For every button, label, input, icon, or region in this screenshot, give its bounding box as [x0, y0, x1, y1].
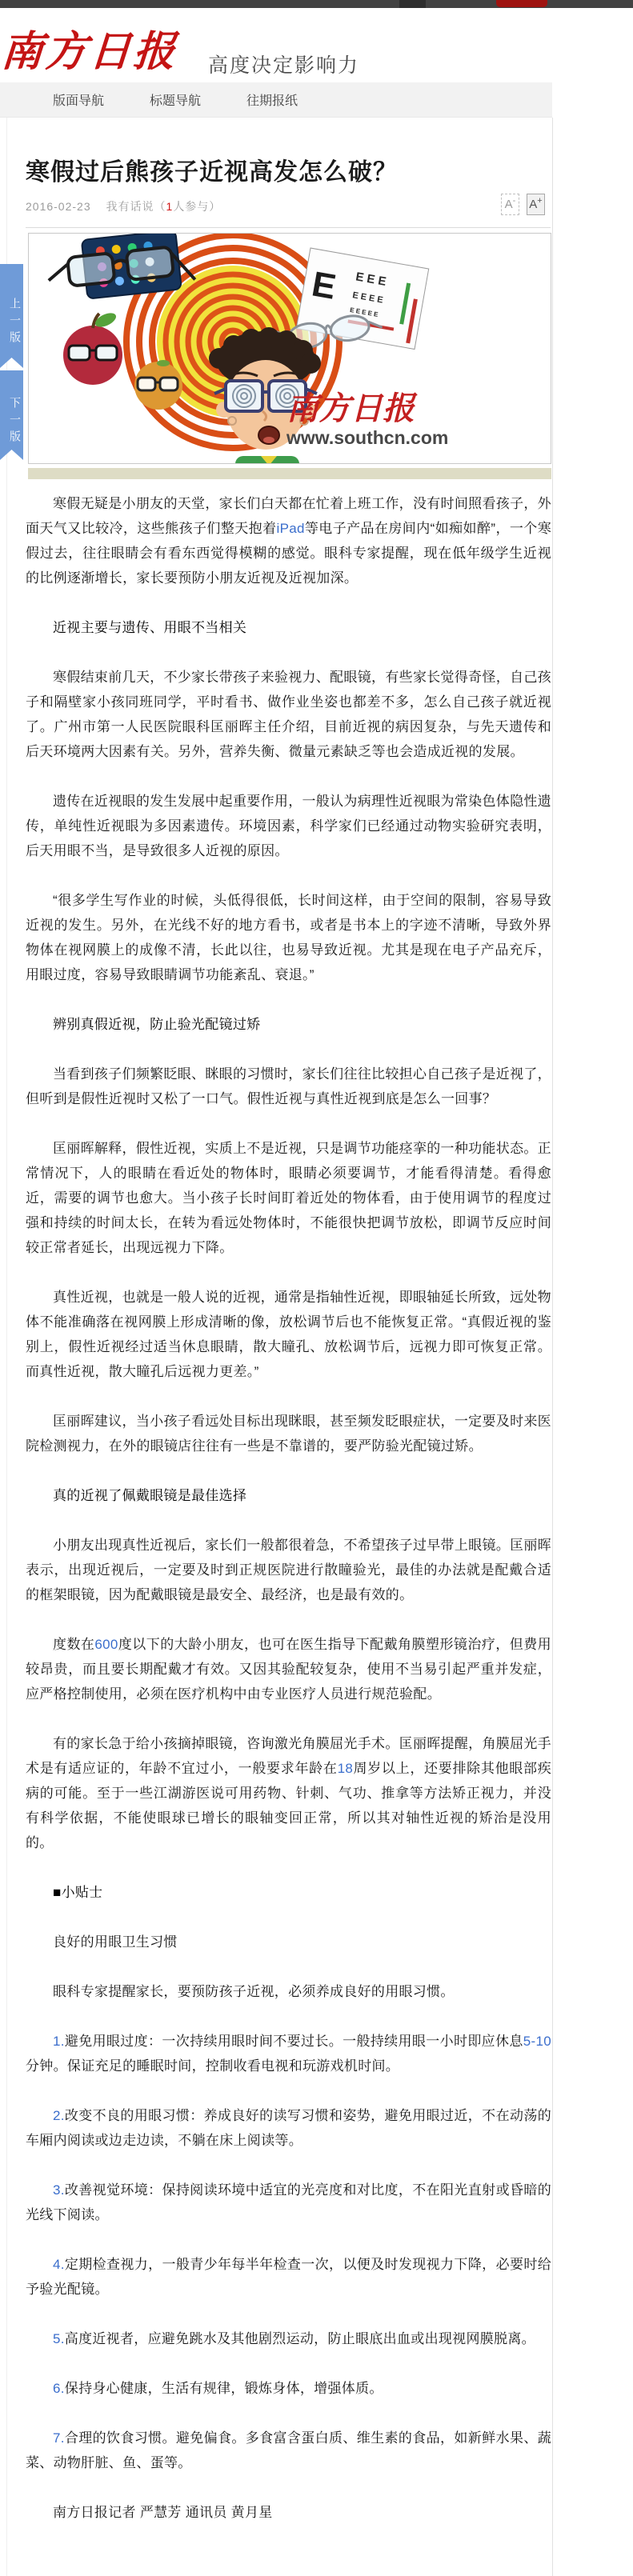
article-paragraph: 辨别真假近视，防止验光配镜过矫: [26, 1012, 551, 1037]
article-paragraph: 3.改善视觉环境：保持阅读环境中适宜的光亮度和对比度，不在阳光直射或昏暗的光线下…: [26, 2178, 551, 2227]
phone-glasses-graphic: [45, 234, 196, 302]
font-smaller-button[interactable]: A-: [501, 194, 519, 215]
browser-topbar: [0, 0, 633, 8]
article-paragraph: 1.避免用眼过度：一次持续用眼时间不要过长。一般持续用眼一小时即应休息5-10分…: [26, 2029, 551, 2078]
article-paragraph: 遗传在近视眼的发生发展中起重要作用，一般认为病理性近视眼为常染色体隐性遗传，单纯…: [26, 789, 551, 863]
watermark-url: www.southcn.com: [286, 427, 448, 448]
font-size-controls: A- A+: [501, 194, 545, 215]
topbar-red-indicator: [496, 0, 547, 7]
article-paragraph: 良好的用眼卫生习惯: [26, 1930, 551, 1954]
article-paragraph: 寒假结束前几天，不少家长带孩子来验视力、配眼镜，有些家长觉得奇怪，自己孩子和隔壁…: [26, 665, 551, 764]
site-tagline: 高度决定影响力: [208, 50, 359, 78]
article-paragraph: 南方日报记者 严慧芳 通讯员 黄月星: [26, 2500, 551, 2525]
apple-graphic: [63, 310, 122, 385]
article-paragraph: 近视主要与遗传、用眼不当相关: [26, 615, 551, 640]
article-paragraph: 真的近视了佩戴眼镜是最佳选择: [26, 1483, 551, 1508]
article-paragraph: 有的家长急于给小孩摘掉眼镜，咨询激光角膜屈光手术。匡丽晖提醒，角膜屈光手术是有适…: [26, 1731, 551, 1855]
article-paragraph: 度数在600度以下的大龄小朋友，也可在医生指导下配戴角膜塑形镜治疗，但费用较昂贵…: [26, 1632, 551, 1706]
nav-item-past-issues[interactable]: 往期报纸: [246, 90, 298, 109]
article-paragraph: 眼科专家提醒家长，要预防孩子近视，必须养成良好的用眼习惯。: [26, 1979, 551, 2004]
topbar-dark-segment: [399, 0, 426, 8]
article-paragraph: 6.保持身心健康，生活有规律，锻炼身体，增强体质。: [26, 2376, 551, 2401]
article-illustration: E E E E E E E E E E E E E: [29, 234, 551, 463]
article-title: 寒假过后熊孩子近视高发怎么破？: [26, 152, 530, 187]
article-body: 寒假无疑是小朋友的天堂，家长们白天都在忙着上班工作，没有时间照看孩子，外面天气又…: [26, 491, 551, 2550]
article-paragraph: 寒假无疑是小朋友的天堂，家长们白天都在忙着上班工作，没有时间照看孩子，外面天气又…: [26, 491, 551, 590]
article-paragraph: 匡丽晖解释，假性近视，实质上不是近视，只是调节功能痉挛的一种功能状态。正常情况下…: [26, 1136, 551, 1260]
article-paragraph: 4.定期检查视力，一般青少年每半年检查一次，以便及时发现视力下降，必要时给予验光…: [26, 2252, 551, 2302]
comment-link[interactable]: 我有话说（1人参与）: [106, 200, 222, 213]
site-header: 南方日报 高度决定影响力: [0, 8, 633, 82]
article-paragraph: 小朋友出现真性近视后，家长们一般都很着急，不希望孩子过早带上眼镜。匡丽晖表示，出…: [26, 1533, 551, 1607]
main-nav: 版面导航 标题导航 往期报纸: [0, 82, 552, 118]
font-larger-button[interactable]: A+: [527, 194, 545, 215]
article-paragraph: 5.高度近视者，应避免跳水及其他剧烈运动，防止眼底出血或出现视网膜脱离。: [26, 2326, 551, 2351]
watermark-logo: 南方日报: [286, 390, 418, 427]
article-paragraph: 2.改变不良的用眼习惯：养成良好的读写习惯和姿势，避免用眼过近，不在动荡的车厢内…: [26, 2103, 551, 2153]
site-logo[interactable]: 南方日报: [0, 18, 180, 78]
prev-page-tab[interactable]: 上一版: [0, 264, 23, 368]
title-divider: [26, 227, 551, 228]
article-paragraph: 当看到孩子们频繁眨眼、眯眼的习惯时，家长们往往比较担心自己孩子是近视了，但听到是…: [26, 1062, 551, 1111]
article-image: E E E E E E E E E E E E E: [28, 233, 551, 464]
article-paragraph: ■小贴士: [26, 1880, 551, 1905]
article-paragraph: 真性近视，也就是一般人说的近视，通常是指轴性近视，即眼轴延长所致，远处物体不能准…: [26, 1285, 551, 1384]
article-paragraph: 匡丽晖建议，当小孩子看远处目标出现眯眼，甚至频发眨眼症状，一定要及时来医院检测视…: [26, 1409, 551, 1458]
article-paragraph: “很多学生写作业的时候，头低得很低，长时间这样，由于空间的限制，容易导致近视的发…: [26, 888, 551, 987]
nav-item-layout[interactable]: 版面导航: [53, 90, 104, 109]
article-meta: 2016-02-23 我有话说（1人参与）: [26, 198, 221, 214]
nav-item-headlines[interactable]: 标题导航: [150, 90, 201, 109]
article-paragraph: 7.合理的饮食习惯。避免偏食。多食富含蛋白质、维生素的食品，如新鲜水果、蔬菜、动…: [26, 2426, 551, 2475]
article-date: 2016-02-23: [26, 200, 91, 213]
image-caption-bar: [28, 468, 551, 479]
comment-count: 1: [166, 200, 174, 213]
next-page-tab[interactable]: 下一版: [0, 370, 23, 460]
